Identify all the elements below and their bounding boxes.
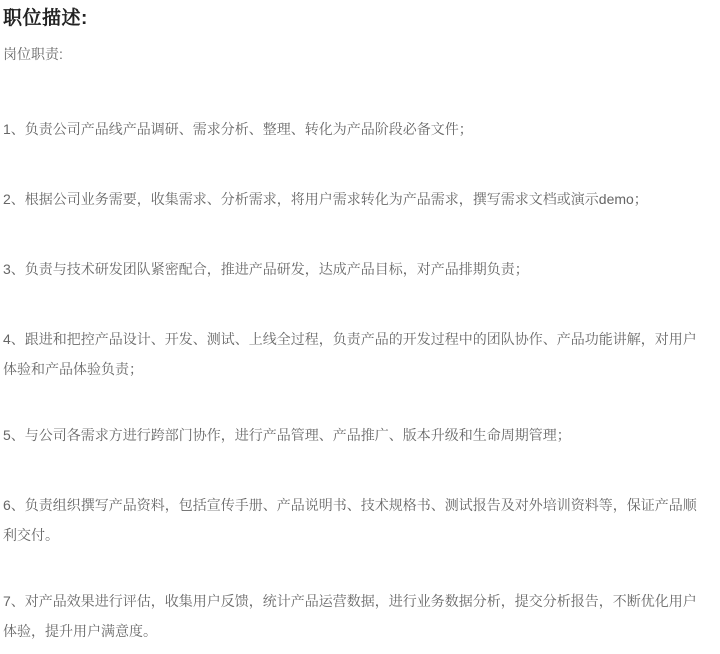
responsibility-item-6: 6、负责组织撰写产品资料，包括宣传手册、产品说明书、技术规格书、测试报告及对外培… bbox=[3, 490, 704, 550]
responsibility-item-3: 3、负责与技术研发团队紧密配合，推进产品研发，达成产品目标，对产品排期负责； bbox=[3, 254, 704, 284]
responsibility-item-7: 7、对产品效果进行评估，收集用户反馈，统计产品运营数据，进行业务数据分析，提交分… bbox=[3, 586, 704, 646]
job-description-title: 职位描述: bbox=[3, 9, 704, 29]
responsibility-item-1: 1、负责公司产品线产品调研、需求分析、整理、转化为产品阶段必备文件； bbox=[3, 114, 704, 144]
responsibility-item-4: 4、跟进和把控产品设计、开发、测试、上线全过程，负责产品的开发过程中的团队协作、… bbox=[3, 324, 704, 384]
responsibilities-label: 岗位职责: bbox=[3, 39, 704, 69]
responsibility-item-2: 2、根据公司业务需要，收集需求、分析需求，将用户需求转化为产品需求，撰写需求文档… bbox=[3, 184, 704, 214]
responsibility-item-5: 5、与公司各需求方进行跨部门协作，进行产品管理、产品推广、版本升级和生命周期管理… bbox=[3, 420, 704, 450]
job-description-section: 职位描述: 岗位职责: 1、负责公司产品线产品调研、需求分析、整理、转化为产品阶… bbox=[0, 0, 720, 646]
